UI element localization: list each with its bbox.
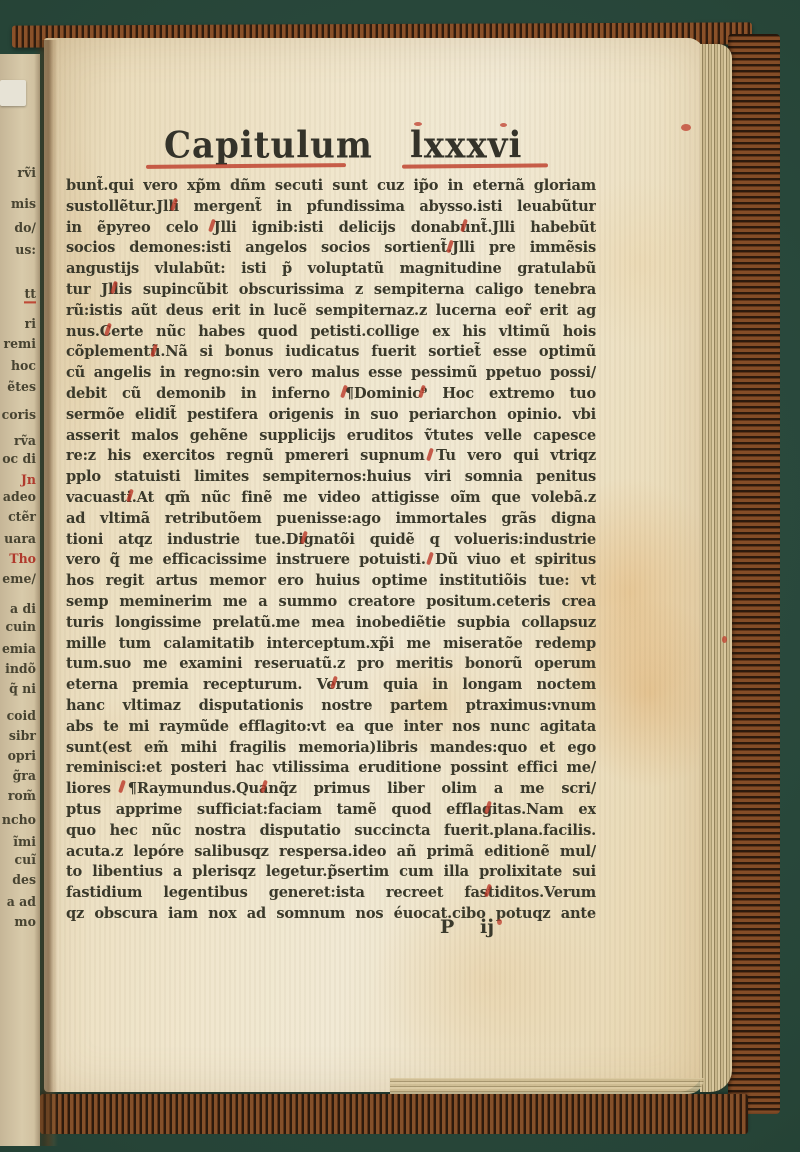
text-line: tioni atqz industrie tue.Dignatõi quidẽ … [66,530,596,551]
red-speck [497,919,502,925]
margin-fragment: do/ [14,220,36,236]
margin-fragment: a ad [7,894,36,910]
text-line: reminisci:et posteri hac vtilissima erud… [66,758,596,779]
text-line: liores ¶Raymundus.Quanq̃z primus liber o… [66,779,596,800]
margin-fragment: rom̃ [8,788,36,804]
margin-fragment: emia [2,641,36,657]
text-line: debit cũ demonib in inferno ¶Dominic⁹ Ho… [66,384,596,405]
text-line: turis longissime prelatũ.me mea inobediẽ… [66,613,596,634]
margin-fragment: ctẽr [8,509,36,525]
red-speck [500,123,507,127]
text-line: cũ angelis in regno:sin vero malus esse … [66,363,596,384]
text-line: mille tum calamitatib interceptum.xp̃i m… [66,634,596,655]
text-line: vero q̃ me efficacissime instruere potui… [66,550,596,571]
margin-fragment: coid [7,708,36,724]
margin-fragment: us: [15,242,36,258]
text-line: qz obscura iam nox ad somnum nos éuocat.… [66,904,596,925]
text-line: hanc vltimaz disputationis nostre partem… [66,696,596,717]
margin-fragment: sibr [9,728,36,744]
text-line: vacuasti.At qm̃ nũc finẽ me video attigi… [66,488,596,509]
book-fore-edge [728,34,780,1114]
text-line: fastidium legentibus generet:ista recree… [66,883,596,904]
text-line: to libentius a plerisqz legetur.p̃sertim… [66,862,596,883]
page-stack-bottom-edge [390,1078,704,1094]
page-stack-edge [700,44,732,1092]
margin-fragment: hoc [11,358,36,374]
quire-signature-letter: P [440,916,454,938]
margin-fragment: oc di [2,451,36,467]
chapter-number: lxxxvi [410,124,522,167]
gutter-shadow [34,40,58,1146]
text-line: sustollẽtur.Jlli mergent̃ in pfundissima… [66,197,596,218]
text-line: ad vltimã retributõem puenisse:ago immor… [66,509,596,530]
margin-fragment: q̃ ni [9,681,36,697]
quire-signature-numeral: ij [480,916,494,938]
margin-fragment: ĩmi [13,834,36,850]
text-line: nus.Certe nũc habes quod petisti.collige… [66,322,596,343]
text-line: hos regit artus memor ero huius optime i… [66,571,596,592]
margin-fragment: mis [11,196,36,212]
text-line: sunt(est em̃ mihi fragilis memoria)libri… [66,738,596,759]
text-line: acuta.z lepóre salibusqz respersa.ideo a… [66,842,596,863]
text-line: tur Jllis supincũbit obscurissima z semp… [66,280,596,301]
text-line: angustijs vlulabũt: isti p̃ voluptatũ ma… [66,259,596,280]
margin-fragment: cuĩ [15,852,36,868]
margin-fragment: rṽa [14,433,36,449]
book-photo: rṽi mis do/ us: tt ri remi hoc ẽtes cori… [0,0,800,1152]
text-line: cõplementũ.Nã si bonus iudicatus fuerit … [66,342,596,363]
text-block: bunt̃.qui vero xp̃m dñm secuti sunt cuz … [66,176,596,925]
page-edge-tab [0,80,26,106]
text-line: semp meminerim me a summo creatore posit… [66,592,596,613]
chapter-heading: Capitulum [164,124,373,167]
margin-fragment: a di [10,601,36,617]
text-line: re:z his exercitos regnũ pmereri supnum … [66,446,596,467]
text-line: rũ:istis aũt deus erit in lucẽ sempitern… [66,301,596,322]
text-line: pplo statuisti limites sempiternos:huius… [66,467,596,488]
margin-fragment: cuin [5,619,36,635]
margin-fragment: coris [2,407,36,423]
red-speck [681,124,691,131]
text-line: tum.suo me examini reseruatũ.z pro merit… [66,654,596,675]
text-line: asserit malos gehẽne supplicijs eruditos… [66,426,596,447]
margin-fragment: ẽtes [7,379,36,395]
margin-fragment: indõ [5,661,36,677]
margin-fragment: mo [14,914,36,930]
margin-fragment: Tho [9,551,36,567]
margin-fragment: des [12,872,36,888]
margin-fragment: eme/ [2,571,36,587]
margin-fragment: uara [4,531,36,547]
text-line: quo hec nũc nostra disputatio succincta … [66,821,596,842]
margin-fragment: adeo [3,489,36,505]
margin-fragment: remi [3,336,36,352]
red-speck [414,122,422,126]
red-speck [722,636,727,643]
margin-fragment: opri [8,748,36,764]
text-line: socios demones:isti angelos socios sorti… [66,238,596,259]
text-line: abs te mi raymũde efflagito:vt ea que in… [66,717,596,738]
margin-fragment: g̃ra [13,768,36,784]
text-line: ptus apprime sufficiat:faciam tamẽ quod … [66,800,596,821]
text-line: bunt̃.qui vero xp̃m dñm secuti sunt cuz … [66,176,596,197]
margin-fragment: ncho [2,812,36,828]
book-bottom-edge [40,1094,748,1134]
text-line: in ẽpyreo celo Jlli ignib:isti delicijs … [66,218,596,239]
text-line: sermõe elidit̃ pestifera origenis in suo… [66,405,596,426]
